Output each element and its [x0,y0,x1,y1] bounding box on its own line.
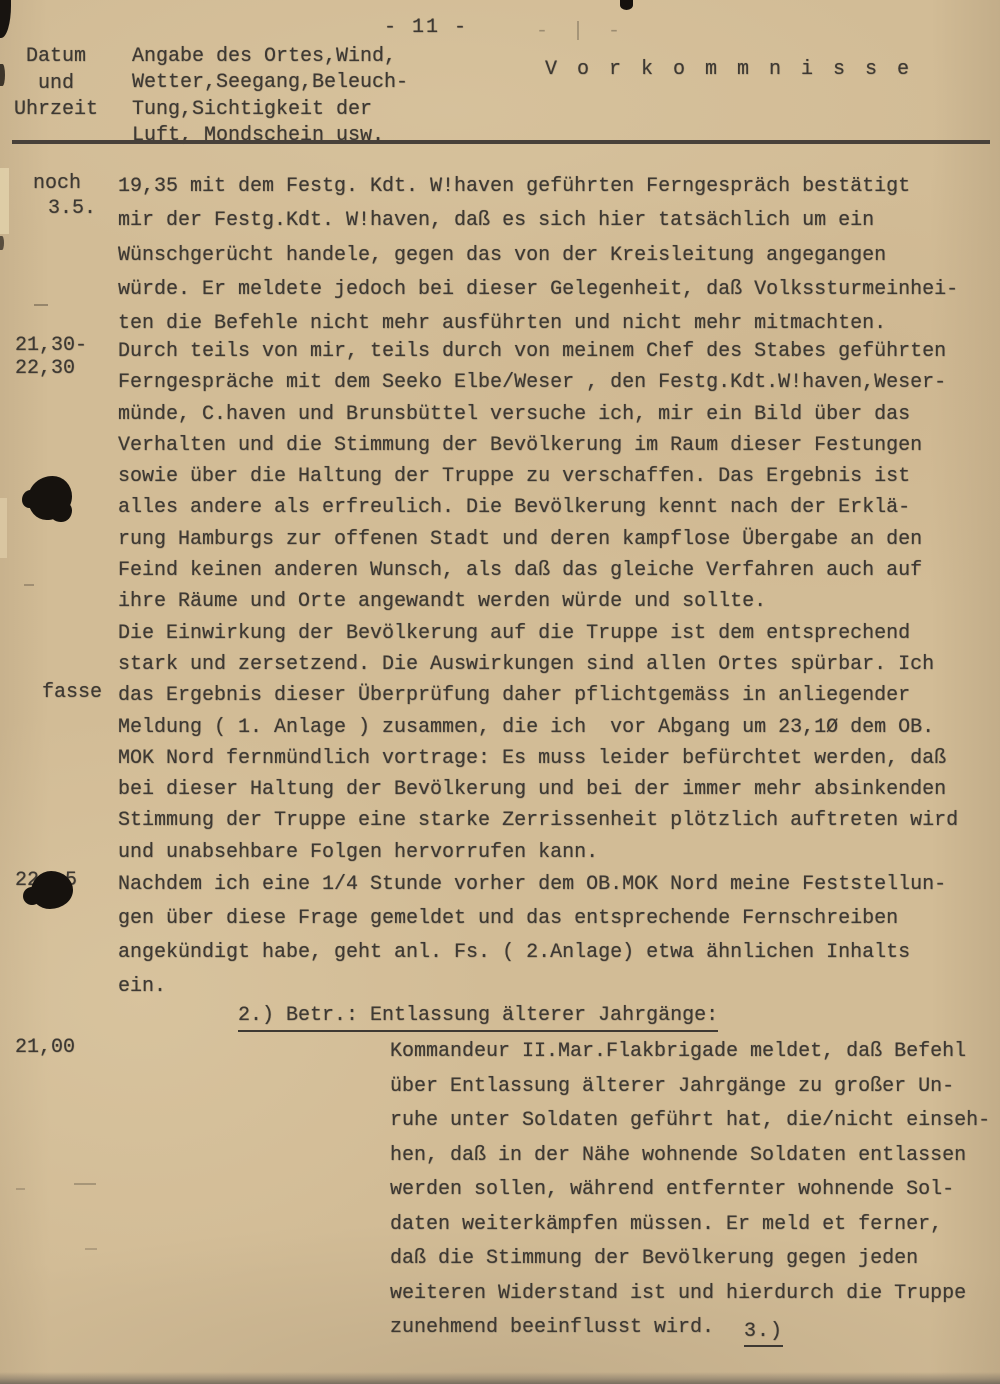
text-line: 22,30 [15,357,87,380]
entry-1-text: 19,35 mit dem Festg. Kdt. W!haven geführ… [118,170,958,341]
margin-time-2130-2230: 21,30-22,30 [15,334,87,380]
text-line: Uhrzeit [4,97,108,124]
faint-dash-marks: - | - [536,20,626,43]
section-heading-2: 2.) Betr.: Entlassung älterer Jahrgänge: [238,1004,718,1032]
text-line: münde, C.haven und Brunsbüttel versuche … [118,399,958,430]
text-line: ein. [118,970,946,1004]
ink-blot [28,476,72,520]
margin-note-fasse: fasse [42,681,102,704]
text-line: alles andere als erfreulich. Die Bevölke… [118,492,958,523]
pencil-mark [34,304,48,306]
text-line: ruhe unter Soldaten geführt hat, die/nic… [390,1104,990,1139]
text-line: Luft, Mondschein usw. [132,123,408,149]
text-line: gen über diese Frage gemeldet und das en… [118,902,946,936]
text-line: Wetter,Seegang,Beleuch- [132,70,408,96]
text-line: Meldung ( 1. Anlage ) zusammen, die ich … [118,712,958,743]
pencil-mark [16,1188,25,1190]
text-line: das Ergebnis dieser Überprüfung daher pf… [118,680,958,711]
text-line: Feind keinen anderen Wunsch, als daß das… [118,555,958,586]
ink-blot [31,871,73,909]
paper-tape-patch [0,168,9,234]
text-line: Angabe des Ortes,Wind, [132,44,408,70]
scan-bottom-shadow [0,1372,1000,1384]
text-line: mir der Festg.Kdt. W!haven, daß es sich … [118,204,958,238]
scan-edge-mark [0,236,4,250]
text-line: Ferngespräche mit dem Seeko Elbe/Weser ,… [118,367,958,398]
text-line: angekündigt habe, geht anl. Fs. ( 2.Anla… [118,936,946,970]
text-line: Nachdem ich eine 1/4 Stunde vorher dem O… [118,868,946,902]
pencil-mark [85,1248,97,1250]
text-line: MOK Nord fernmündlich vortrage: Es muss … [118,743,958,774]
document-page: - 11 - - | - DatumundUhrzeit Angabe des … [0,0,1000,1384]
text-line: Tung,Sichtigkeit der [132,97,408,123]
text-line: hen, daß in der Nähe wohnende Soldaten e… [390,1139,990,1174]
paper-tape-patch [0,498,7,558]
text-line: und unabsehbare Folgen hervorrufen kann. [118,837,958,868]
text-line: werden sollen, während entfernter wohnen… [390,1173,990,1208]
text-line: Datum [4,44,108,71]
text-line: Verhalten und die Stimmung der Bevölkeru… [118,430,958,461]
text-line: Wünschgerücht handele, gegen das von der… [118,239,958,273]
text-line: weiteren Widerstand ist und hierdurch di… [390,1277,990,1312]
scan-edge-mark [0,0,11,38]
text-line: ihre Räume und Orte angewandt werden wür… [118,586,958,617]
text-line: Durch teils von mir, teils durch von mei… [118,336,958,367]
margin-time-2100: 21,00 [15,1036,75,1059]
text-line: stark und zersetzend. Die Auswirkungen s… [118,649,958,680]
text-line: über Entlassung älterer Jahrgänge zu gro… [390,1070,990,1105]
header-column-events: V o r k o m m n i s s e [545,58,913,81]
text-line: zunehmend beeinflusst wird. [390,1311,990,1346]
text-line: daß die Stimmung der Bevölkerung gegen j… [390,1242,990,1277]
text-line: 19,35 mit dem Festg. Kdt. W!haven geführ… [118,170,958,204]
text-line: würde. Er meldete jedoch bei dieser Gele… [118,273,958,307]
header-column-datetime: DatumundUhrzeit [4,44,108,124]
text-line: Stimmung der Truppe eine starke Zerrisse… [118,805,958,836]
text-line: Kommandeur II.Mar.Flakbrigade meldet, da… [390,1035,990,1070]
text-line: bei dieser Haltung der Bevölkerung und b… [118,774,958,805]
text-line: rung Hamburgs zur offenen Stadt und dere… [118,524,958,555]
text-line: und [4,71,108,98]
entry-2-text: Durch teils von mir, teils durch von mei… [118,336,958,868]
ink-mark [620,0,633,10]
text-line: 21,30- [15,334,87,357]
text-line: daten weiterkämpfen müssen. Er meld et f… [390,1208,990,1243]
text-line: noch [33,172,96,197]
text-line: 3.5. [33,197,96,222]
pencil-mark [74,1183,96,1185]
page-number: - 11 - [384,16,468,39]
pencil-mark [24,584,34,586]
text-line: sowie über die Haltung der Truppe zu ver… [118,461,958,492]
entry-4-text: Kommandeur II.Mar.Flakbrigade meldet, da… [390,1035,990,1346]
text-line: Die Einwirkung der Bevölkerung auf die T… [118,618,958,649]
margin-date-noch-3-5: noch3.5. [33,172,96,221]
next-section-ref: 3.) [744,1320,783,1347]
header-column-conditions: Angabe des Ortes,Wind,Wetter,Seegang,Bel… [132,44,408,149]
header-divider-rule [12,140,990,144]
entry-3-text: Nachdem ich eine 1/4 Stunde vorher dem O… [118,868,946,1004]
